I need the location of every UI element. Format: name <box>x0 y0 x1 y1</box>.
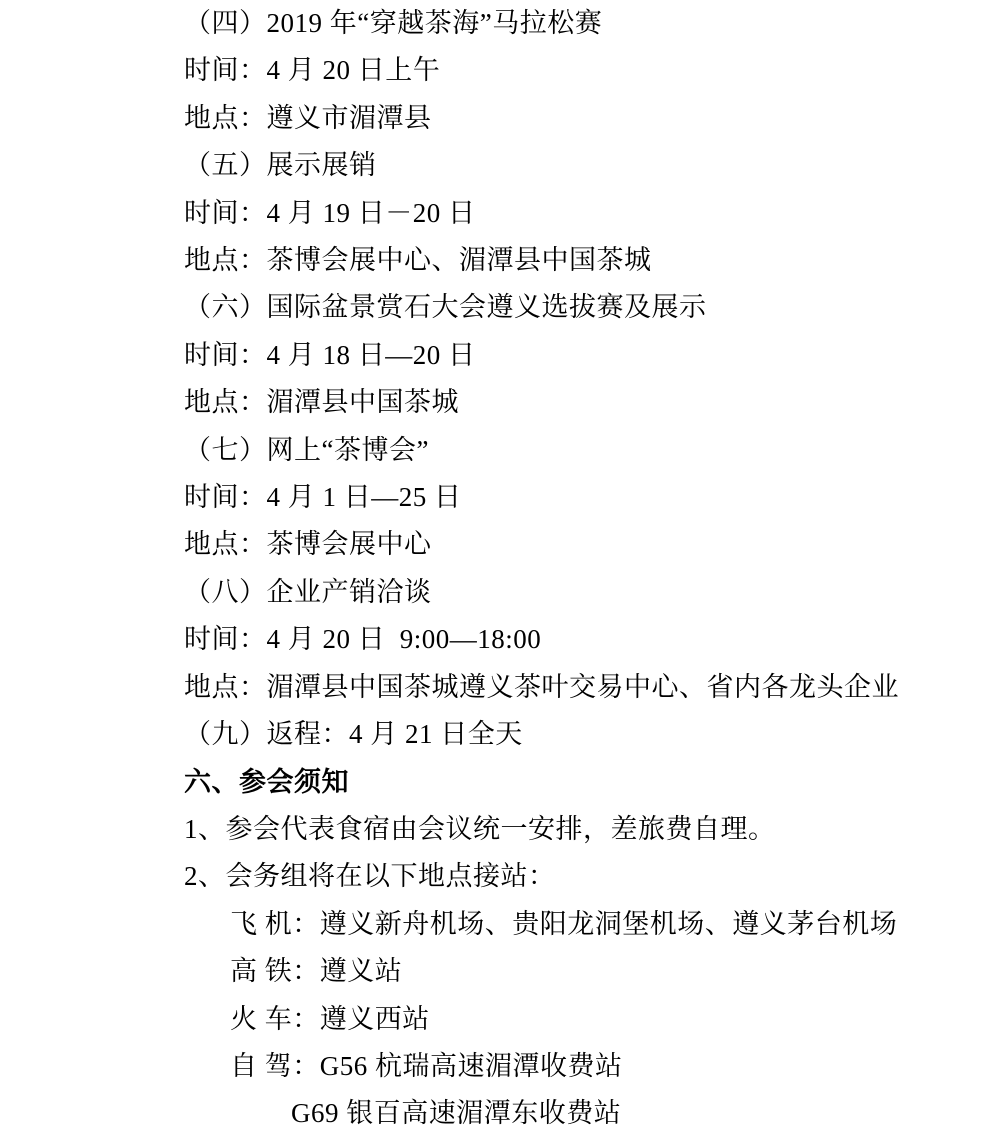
agenda-item-6-time: 时间：4 月 18 日—20 日 <box>0 332 997 379</box>
agenda-item-6-heading: （六）国际盆景赏石大会遵义选拔赛及展示 <box>0 284 997 331</box>
pickup-flight-line: 飞 机：遵义新舟机场、贵阳龙洞堡机场、遵义茅台机场 <box>0 901 997 948</box>
agenda-item-8-location: 地点：湄潭县中国茶城遵义茶叶交易中心、省内各龙头企业 <box>0 664 997 711</box>
agenda-item-6-location: 地点：湄潭县中国茶城 <box>0 379 997 426</box>
document-page: （四）2019 年“穿越茶海”马拉松赛 时间：4 月 20 日上午 地点：遵义市… <box>0 0 997 1138</box>
notice-item-1: 1、参会代表食宿由会议统一安排，差旅费自理。 <box>0 806 997 853</box>
pickup-drive-line: 自 驾：G56 杭瑞高速湄潭收费站 <box>0 1043 997 1090</box>
notice-item-2: 2、会务组将在以下地点接站： <box>0 853 997 900</box>
agenda-item-5-heading: （五）展示展销 <box>0 142 997 189</box>
pickup-drive-line-2: G69 银百高速湄潭东收费站 <box>0 1090 997 1137</box>
agenda-item-4-location: 地点：遵义市湄潭县 <box>0 95 997 142</box>
agenda-item-4-heading: （四）2019 年“穿越茶海”马拉松赛 <box>0 0 997 47</box>
pickup-train-line: 火 车：遵义西站 <box>0 996 997 1043</box>
agenda-item-7-location: 地点：茶博会展中心 <box>0 521 997 568</box>
agenda-item-4-time: 时间：4 月 20 日上午 <box>0 47 997 94</box>
agenda-item-8-heading: （八）企业产销洽谈 <box>0 569 997 616</box>
pickup-hsr-line: 高 铁：遵义站 <box>0 948 997 995</box>
agenda-item-7-time: 时间：4 月 1 日—25 日 <box>0 474 997 521</box>
agenda-item-9-return: （九）返程：4 月 21 日全天 <box>0 711 997 758</box>
agenda-item-7-heading: （七）网上“茶博会” <box>0 427 997 474</box>
agenda-item-5-location: 地点：茶博会展中心、湄潭县中国茶城 <box>0 237 997 284</box>
agenda-item-5-time: 时间：4 月 19 日－20 日 <box>0 190 997 237</box>
agenda-item-8-time: 时间：4 月 20 日 9:00—18:00 <box>0 616 997 663</box>
section-6-heading: 六、参会须知 <box>0 759 997 806</box>
